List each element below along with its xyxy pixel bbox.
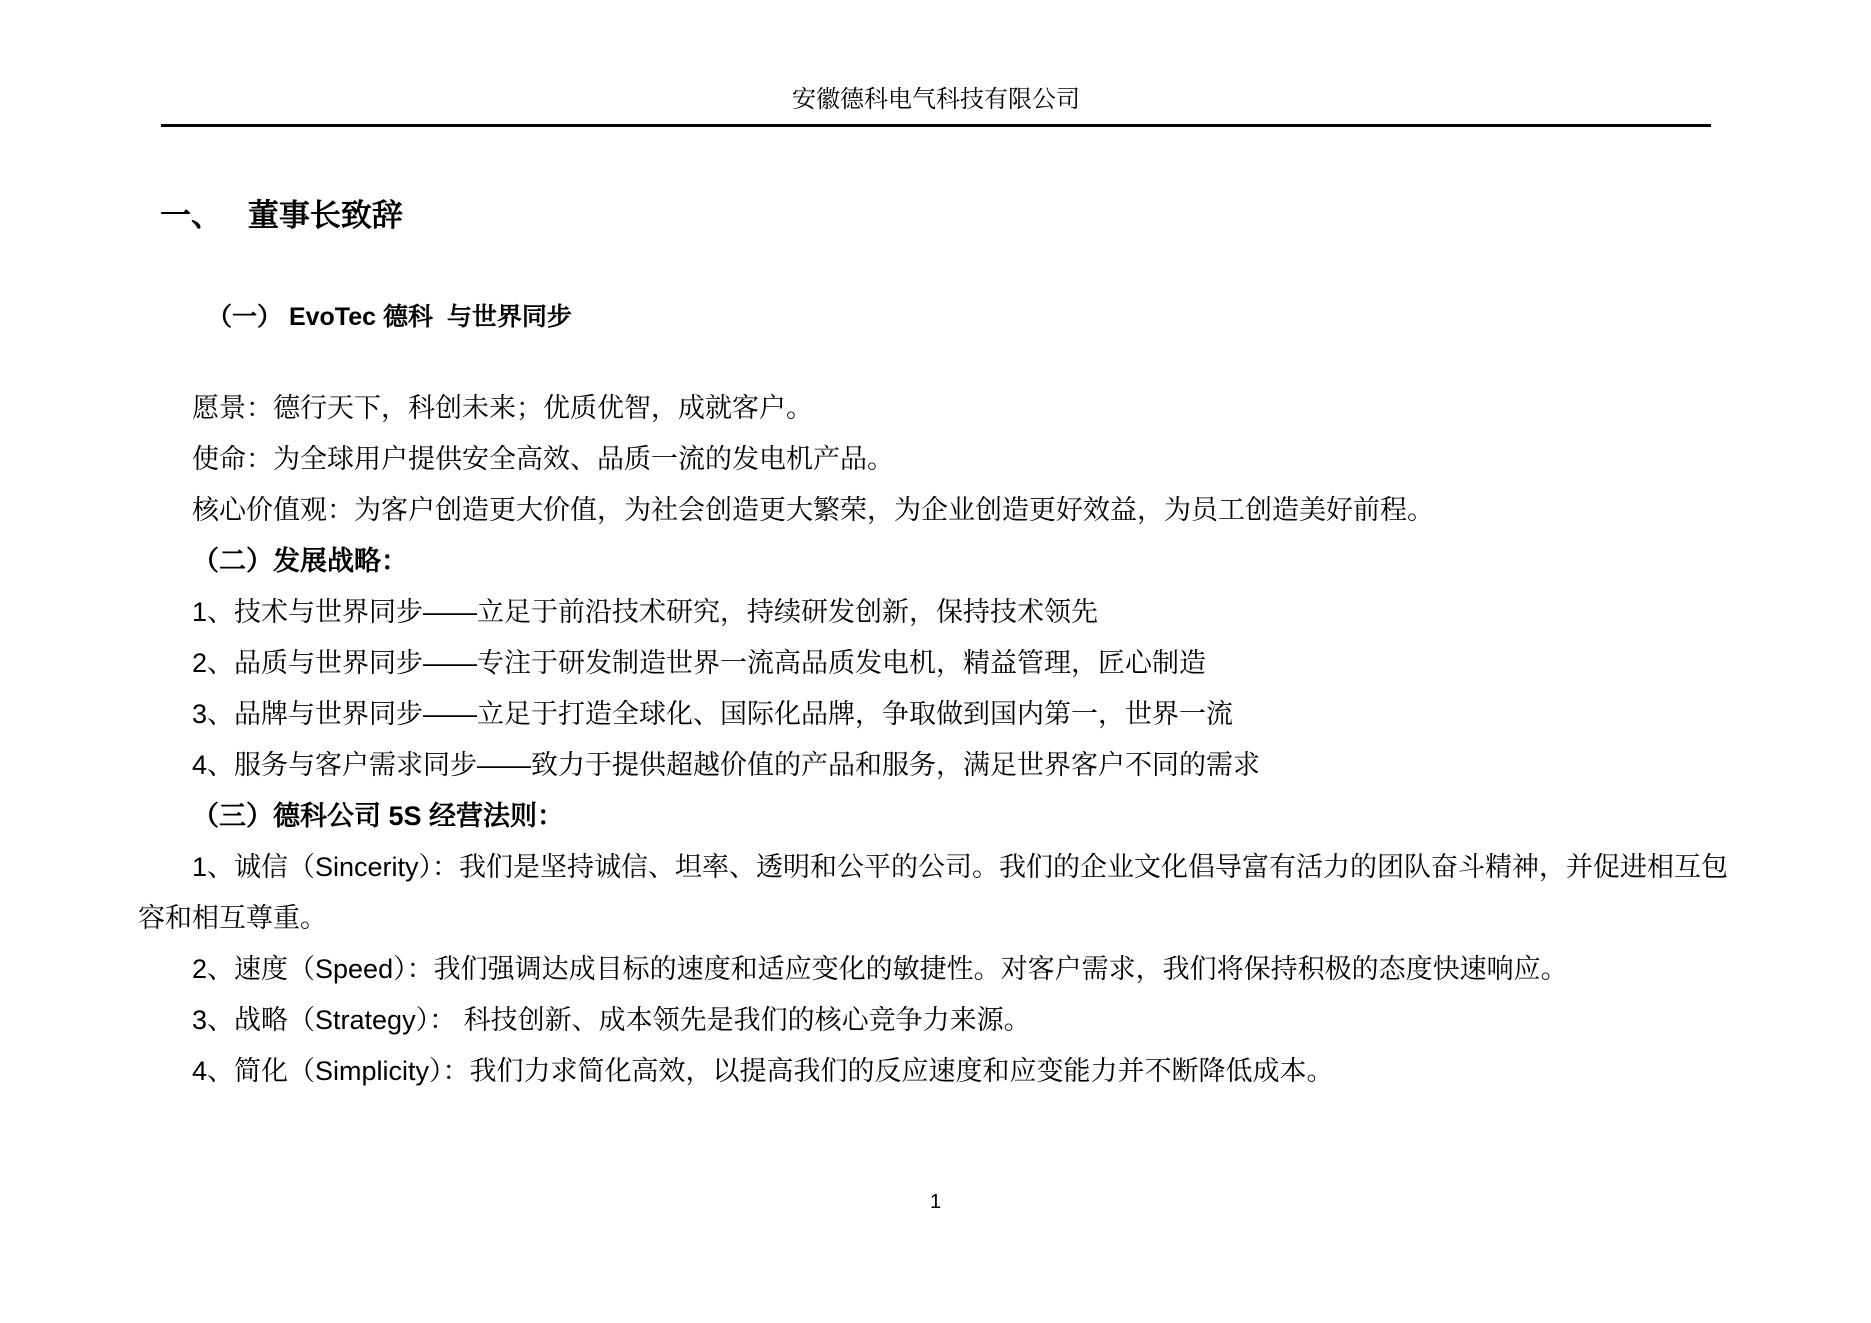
strategy-item-3: 3、品牌与世界同步——立足于打造全球化、国际化品牌，争取做到国内第一，世界一流 — [138, 689, 1735, 740]
principle-simplicity: 4、简化（Simplicity）：我们力求简化高效，以提高我们的反应速度和应变能… — [138, 1046, 1735, 1097]
paragraph-core-values: 核心价值观：为客户创造更大价值，为社会创造更大繁荣，为企业创造更好效益，为员工创… — [138, 485, 1735, 536]
paragraph-mission: 使命：为全球用户提供安全高效、品质一流的发电机产品。 — [138, 434, 1735, 485]
section-subtitle: （一） EvoTec 德科 与世界同步 — [207, 300, 572, 334]
heading-5s-principles: （三）德科公司 5S 经营法则： — [138, 791, 1735, 842]
principle-speed: 2、速度（Speed）：我们强调达成目标的速度和适应变化的敏捷性。对客户需求，我… — [138, 944, 1735, 995]
document-body: 愿景：德行天下，科创未来；优质优智，成就客户。 使命：为全球用户提供安全高效、品… — [138, 383, 1735, 1097]
chapter-title: 一、 董事长致辞 — [160, 196, 403, 236]
strategy-item-2: 2、品质与世界同步——专注于研发制造世界一流高品质发电机，精益管理，匠心制造 — [138, 638, 1735, 689]
paragraph-vision: 愿景：德行天下，科创未来；优质优智，成就客户。 — [138, 383, 1735, 434]
page-number: 1 — [930, 1191, 941, 1213]
page-header: 安徽德科电气科技有限公司 — [161, 84, 1711, 127]
document-page: 安徽德科电气科技有限公司 一、 董事长致辞 （一） EvoTec 德科 与世界同… — [0, 0, 1871, 1323]
principle-sincerity: 1、诚信（Sincerity）：我们是坚持诚信、坦率、透明和公平的公司。我们的企… — [138, 842, 1735, 944]
company-name: 安徽德科电气科技有限公司 — [792, 86, 1080, 113]
strategy-item-4: 4、服务与客户需求同步——致力于提供超越价值的产品和服务，满足世界客户不同的需求 — [138, 740, 1735, 791]
strategy-item-1: 1、技术与世界同步——立足于前沿技术研究，持续研发创新，保持技术领先 — [138, 587, 1735, 638]
page-footer: 1 — [0, 1188, 1871, 1216]
principle-strategy: 3、战略（Strategy）： 科技创新、成本领先是我们的核心竞争力来源。 — [138, 995, 1735, 1046]
heading-development-strategy: （二）发展战略： — [138, 536, 1735, 587]
